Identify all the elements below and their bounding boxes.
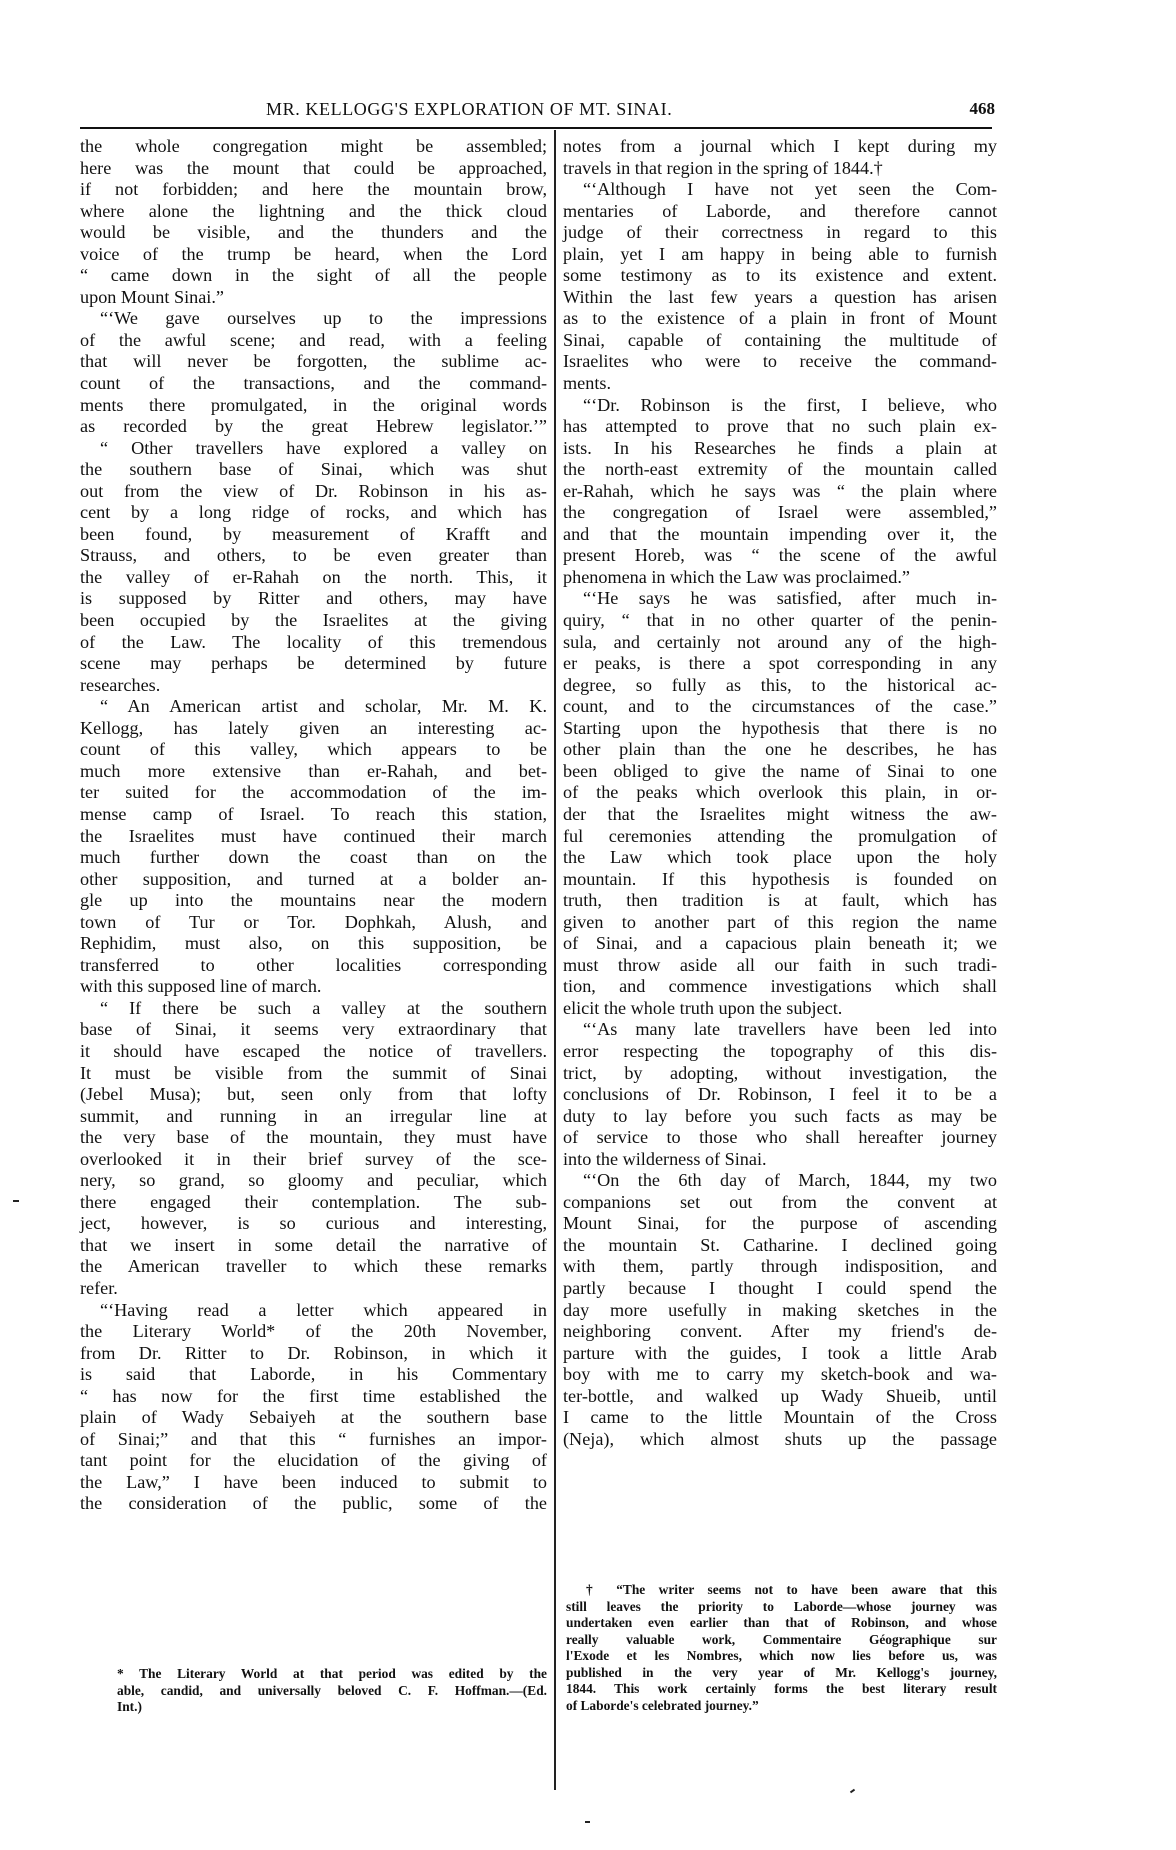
footnote-line: published in the very year of Mr. Kellog…: [566, 1665, 997, 1682]
text-line: with this supposed line of march.: [80, 976, 547, 998]
page-number: 468: [970, 99, 996, 119]
text-line: the congregation of Israel were assemble…: [563, 502, 997, 524]
text-line: of Sinai;” and that this “ furnishes an …: [80, 1429, 547, 1451]
text-line: ful ceremonies attending the promulgatio…: [563, 826, 997, 848]
text-line: has attempted to prove that no such plai…: [563, 416, 997, 438]
text-line: been found, by measurement of Krafft and: [80, 524, 547, 546]
running-title: MR. KELLOGG'S EXPLORATION OF MT. SINAI.: [266, 99, 672, 120]
text-line: the Literary World* of the 20th November…: [80, 1321, 547, 1343]
text-line: that we insert in some detail the narrat…: [80, 1235, 547, 1257]
text-line: Starting upon the hypothesis that there …: [563, 718, 997, 740]
text-line: trict, by adopting, without investigatio…: [563, 1063, 997, 1085]
text-line: here was the mount that could be approac…: [80, 158, 547, 180]
text-line: overlooked it in their brief survey of t…: [80, 1149, 547, 1171]
text-line: is said that Laborde, in his Commentary: [80, 1364, 547, 1386]
text-line: the Law,” I have been induced to submit …: [80, 1472, 547, 1494]
text-line: the southern base of Sinai, which was sh…: [80, 459, 547, 481]
paragraph-start: “‘He says he was satisfied, after much i…: [563, 588, 997, 610]
footnote-line: of Laborde's celebrated journey.”: [566, 1698, 997, 1715]
text-line: the north-east extremity of the mountain…: [563, 459, 997, 481]
text-line: the consideration of the public, some of…: [80, 1493, 547, 1515]
text-line: degree, so fully as this, to the histori…: [563, 675, 997, 697]
text-line: some testimony as to its existence and e…: [563, 265, 997, 287]
text-line: quiry, “ that in no other quarter of the…: [563, 610, 997, 632]
text-line: if not forbidden; and here the mountain …: [80, 179, 547, 201]
text-line: town of Tur or Tor. Dophkah, Alush, and: [80, 912, 547, 934]
text-line: ject, however, is so curious and interes…: [80, 1213, 547, 1235]
footnote-line: still leaves the priority to Laborde—who…: [566, 1599, 997, 1616]
footnote-line: undertaken even earlier than that of Rob…: [566, 1615, 997, 1632]
text-line: much more extensive than er-Rahah, and b…: [80, 761, 547, 783]
text-line: ments there promulgated, in the original…: [80, 395, 547, 417]
footnote-line: able, candid, and universally beloved C.…: [117, 1683, 547, 1700]
text-line: base of Sinai, it seems very extraordina…: [80, 1019, 547, 1041]
paragraph-start: “‘As many late travellers have been led …: [563, 1019, 997, 1041]
paragraph-start: “‘Having read a letter which appeared in: [80, 1300, 547, 1322]
text-line: Strauss, and others, to be even greater …: [80, 545, 547, 567]
text-line: the mountain St. Catharine. I declined g…: [563, 1235, 997, 1257]
text-line: scene may perhaps be determined by futur…: [80, 653, 547, 675]
text-line: parture with the guides, I took a little…: [563, 1343, 997, 1365]
text-line: “ came down in the sight of all the peop…: [80, 265, 547, 287]
text-line: as recorded by the great Hebrew legislat…: [80, 416, 547, 438]
text-line: refer.: [80, 1278, 547, 1300]
text-line: transferred to other localities correspo…: [80, 955, 547, 977]
text-line: Sinai, capable of containing the multitu…: [563, 330, 997, 352]
running-header: MR. KELLOGG'S EXPLORATION OF MT. SINAI. …: [80, 99, 995, 125]
text-line: into the wilderness of Sinai.: [563, 1149, 997, 1171]
paragraph-start: “ An American artist and scholar, Mr. M.…: [80, 696, 547, 718]
text-line: neighboring convent. After my friend's d…: [563, 1321, 997, 1343]
text-line: duty to lay before you such facts as may…: [563, 1106, 997, 1128]
text-line: the valley of er-Rahah on the north. Thi…: [80, 567, 547, 589]
text-line: the Law which took place upon the holy: [563, 847, 997, 869]
text-line: phenomena in which the Law was proclaime…: [563, 567, 997, 589]
text-line: ter-bottle, and walked up Wady Shueib, u…: [563, 1386, 997, 1408]
paragraph-start: “‘We gave ourselves up to the impression…: [80, 308, 547, 330]
text-line: of the peaks which overlook this plain, …: [563, 782, 997, 804]
text-line: mense camp of Israel. To reach this stat…: [80, 804, 547, 826]
text-line: from Dr. Ritter to Dr. Robinson, in whic…: [80, 1343, 547, 1365]
text-line: and that the mountain impending over it,…: [563, 524, 997, 546]
footnote-line: † “The writer seems not to have been awa…: [566, 1582, 997, 1599]
header-rule: [80, 127, 992, 129]
document-page: MR. KELLOGG'S EXPLORATION OF MT. SINAI. …: [0, 0, 1176, 1850]
text-line: of the awful scene; and read, with a fee…: [80, 330, 547, 352]
right-column: notes from a journal which I kept during…: [563, 136, 997, 1450]
text-line: sula, and certainly not around any of th…: [563, 632, 997, 654]
text-line: Rephidim, must also, on this supposition…: [80, 933, 547, 955]
text-line: that will never be forgotten, the sublim…: [80, 351, 547, 373]
footnote-line: Int.): [117, 1699, 547, 1716]
text-line: is supposed by Ritter and others, may ha…: [80, 588, 547, 610]
text-line: voice of the trump be heard, when the Lo…: [80, 244, 547, 266]
text-line: truth, then tradition is at fault, which…: [563, 890, 997, 912]
text-line: the American traveller to which these re…: [80, 1256, 547, 1278]
text-line: companions set out from the convent at: [563, 1192, 997, 1214]
text-line: notes from a journal which I kept during…: [563, 136, 997, 158]
text-line: mountain. If this hypothesis is founded …: [563, 869, 997, 891]
text-line: present Horeb, was “ the scene of the aw…: [563, 545, 997, 567]
text-line: with them, partly through indisposition,…: [563, 1256, 997, 1278]
text-line: been obliged to give the name of Sinai t…: [563, 761, 997, 783]
text-line: there engaged their contemplation. The s…: [80, 1192, 547, 1214]
text-line: out from the view of Dr. Robinson in his…: [80, 481, 547, 503]
text-line: must throw aside all our faith in such t…: [563, 955, 997, 977]
text-line: der that the Israelites might witness th…: [563, 804, 997, 826]
text-line: count of this valley, which appears to b…: [80, 739, 547, 761]
text-line: of service to those who shall hereafter …: [563, 1127, 997, 1149]
text-line: as to the existence of a plain in front …: [563, 308, 997, 330]
text-line: Within the last few years a question has…: [563, 287, 997, 309]
text-line: the Israelites must have continued their…: [80, 826, 547, 848]
text-line: it should have escaped the notice of tra…: [80, 1041, 547, 1063]
text-line: gle up into the mountains near the moder…: [80, 890, 547, 912]
text-line: given to another part of this region the…: [563, 912, 997, 934]
text-line: Israelites who were to receive the comma…: [563, 351, 997, 373]
text-line: mentaries of Laborde, and therefore cann…: [563, 201, 997, 223]
scan-mark: [13, 1200, 19, 1202]
text-line: researches.: [80, 675, 547, 697]
column-divider: [554, 130, 556, 1790]
text-line: I came to the little Mountain of the Cro…: [563, 1407, 997, 1429]
scan-mark: [850, 1789, 855, 1794]
paragraph-start: “‘Although I have not yet seen the Com-: [563, 179, 997, 201]
text-line: (Jebel Musa); but, seen only from that l…: [80, 1084, 547, 1106]
text-line: “ has now for the first time established…: [80, 1386, 547, 1408]
text-line: other supposition, and turned at a bolde…: [80, 869, 547, 891]
text-line: elicit the whole truth upon the subject.: [563, 998, 997, 1020]
text-line: er-Rahah, which he says was “ the plain …: [563, 481, 997, 503]
text-line: plain, yet I am happy in being able to f…: [563, 244, 997, 266]
scan-mark: [585, 1821, 590, 1823]
text-line: conclusions of Dr. Robinson, I feel it t…: [563, 1084, 997, 1106]
text-line: day more usefully in making sketches in …: [563, 1300, 997, 1322]
paragraph-start: “‘On the 6th day of March, 1844, my two: [563, 1170, 997, 1192]
text-line: upon Mount Sinai.”: [80, 287, 547, 309]
text-line: It must be visible from the summit of Si…: [80, 1063, 547, 1085]
text-line: error respecting the topography of this …: [563, 1041, 997, 1063]
left-column: the whole congregation might be assemble…: [80, 136, 547, 1515]
paragraph-start: “‘Dr. Robinson is the first, I believe, …: [563, 395, 997, 417]
text-line: cent by a long ridge of rocks, and which…: [80, 502, 547, 524]
footnote-line: 1844. This work certainly forms the best…: [566, 1681, 997, 1698]
text-line: been occupied by the Israelites at the g…: [80, 610, 547, 632]
text-line: of Sinai, and a capacious plain beneath …: [563, 933, 997, 955]
text-line: ter suited for the accommodation of the …: [80, 782, 547, 804]
text-line: much further down the coast than on the: [80, 847, 547, 869]
text-line: partly because I thought I could spend t…: [563, 1278, 997, 1300]
text-line: Mount Sinai, for the purpose of ascendin…: [563, 1213, 997, 1235]
text-line: the whole congregation might be assemble…: [80, 136, 547, 158]
text-line: the very base of the mountain, they must…: [80, 1127, 547, 1149]
footnote-line: really valuable work, Commentaire Géogra…: [566, 1632, 997, 1649]
footnote-literary-world: * The Literary World at that period was …: [117, 1666, 547, 1716]
text-line: (Neja), which almost shuts up the passag…: [563, 1429, 997, 1451]
text-line: where alone the lightning and the thick …: [80, 201, 547, 223]
text-line: er peaks, is there a spot corresponding …: [563, 653, 997, 675]
text-line: would be visible, and the thunders and t…: [80, 222, 547, 244]
text-line: tant point for the elucidation of the gi…: [80, 1450, 547, 1472]
paragraph-start: “ Other travellers have explored a valle…: [80, 438, 547, 460]
text-line: summit, and running in an irregular line…: [80, 1106, 547, 1128]
footnote-line: l'Exode et les Nombres, which now lies b…: [566, 1648, 997, 1665]
text-line: other plain than the one he describes, h…: [563, 739, 997, 761]
footnote-laborde: † “The writer seems not to have been awa…: [566, 1582, 997, 1714]
text-line: nery, so grand, so gloomy and peculiar, …: [80, 1170, 547, 1192]
text-line: judge of their correctness in regard to …: [563, 222, 997, 244]
text-line: travels in that region in the spring of …: [563, 158, 997, 180]
text-line: ists. In his Researches he finds a plain…: [563, 438, 997, 460]
footnote-line: * The Literary World at that period was …: [117, 1666, 547, 1683]
text-line: ments.: [563, 373, 997, 395]
text-line: count of the transactions, and the comma…: [80, 373, 547, 395]
text-line: boy with me to carry my sketch-book and …: [563, 1364, 997, 1386]
text-line: plain of Wady Sebaiyeh at the southern b…: [80, 1407, 547, 1429]
text-line: count, and to the circumstances of the c…: [563, 696, 997, 718]
text-line: Kellogg, has lately given an interesting…: [80, 718, 547, 740]
paragraph-start: “ If there be such a valley at the south…: [80, 998, 547, 1020]
text-line: tion, and commence investigations which …: [563, 976, 997, 998]
text-line: of the Law. The locality of this tremend…: [80, 632, 547, 654]
